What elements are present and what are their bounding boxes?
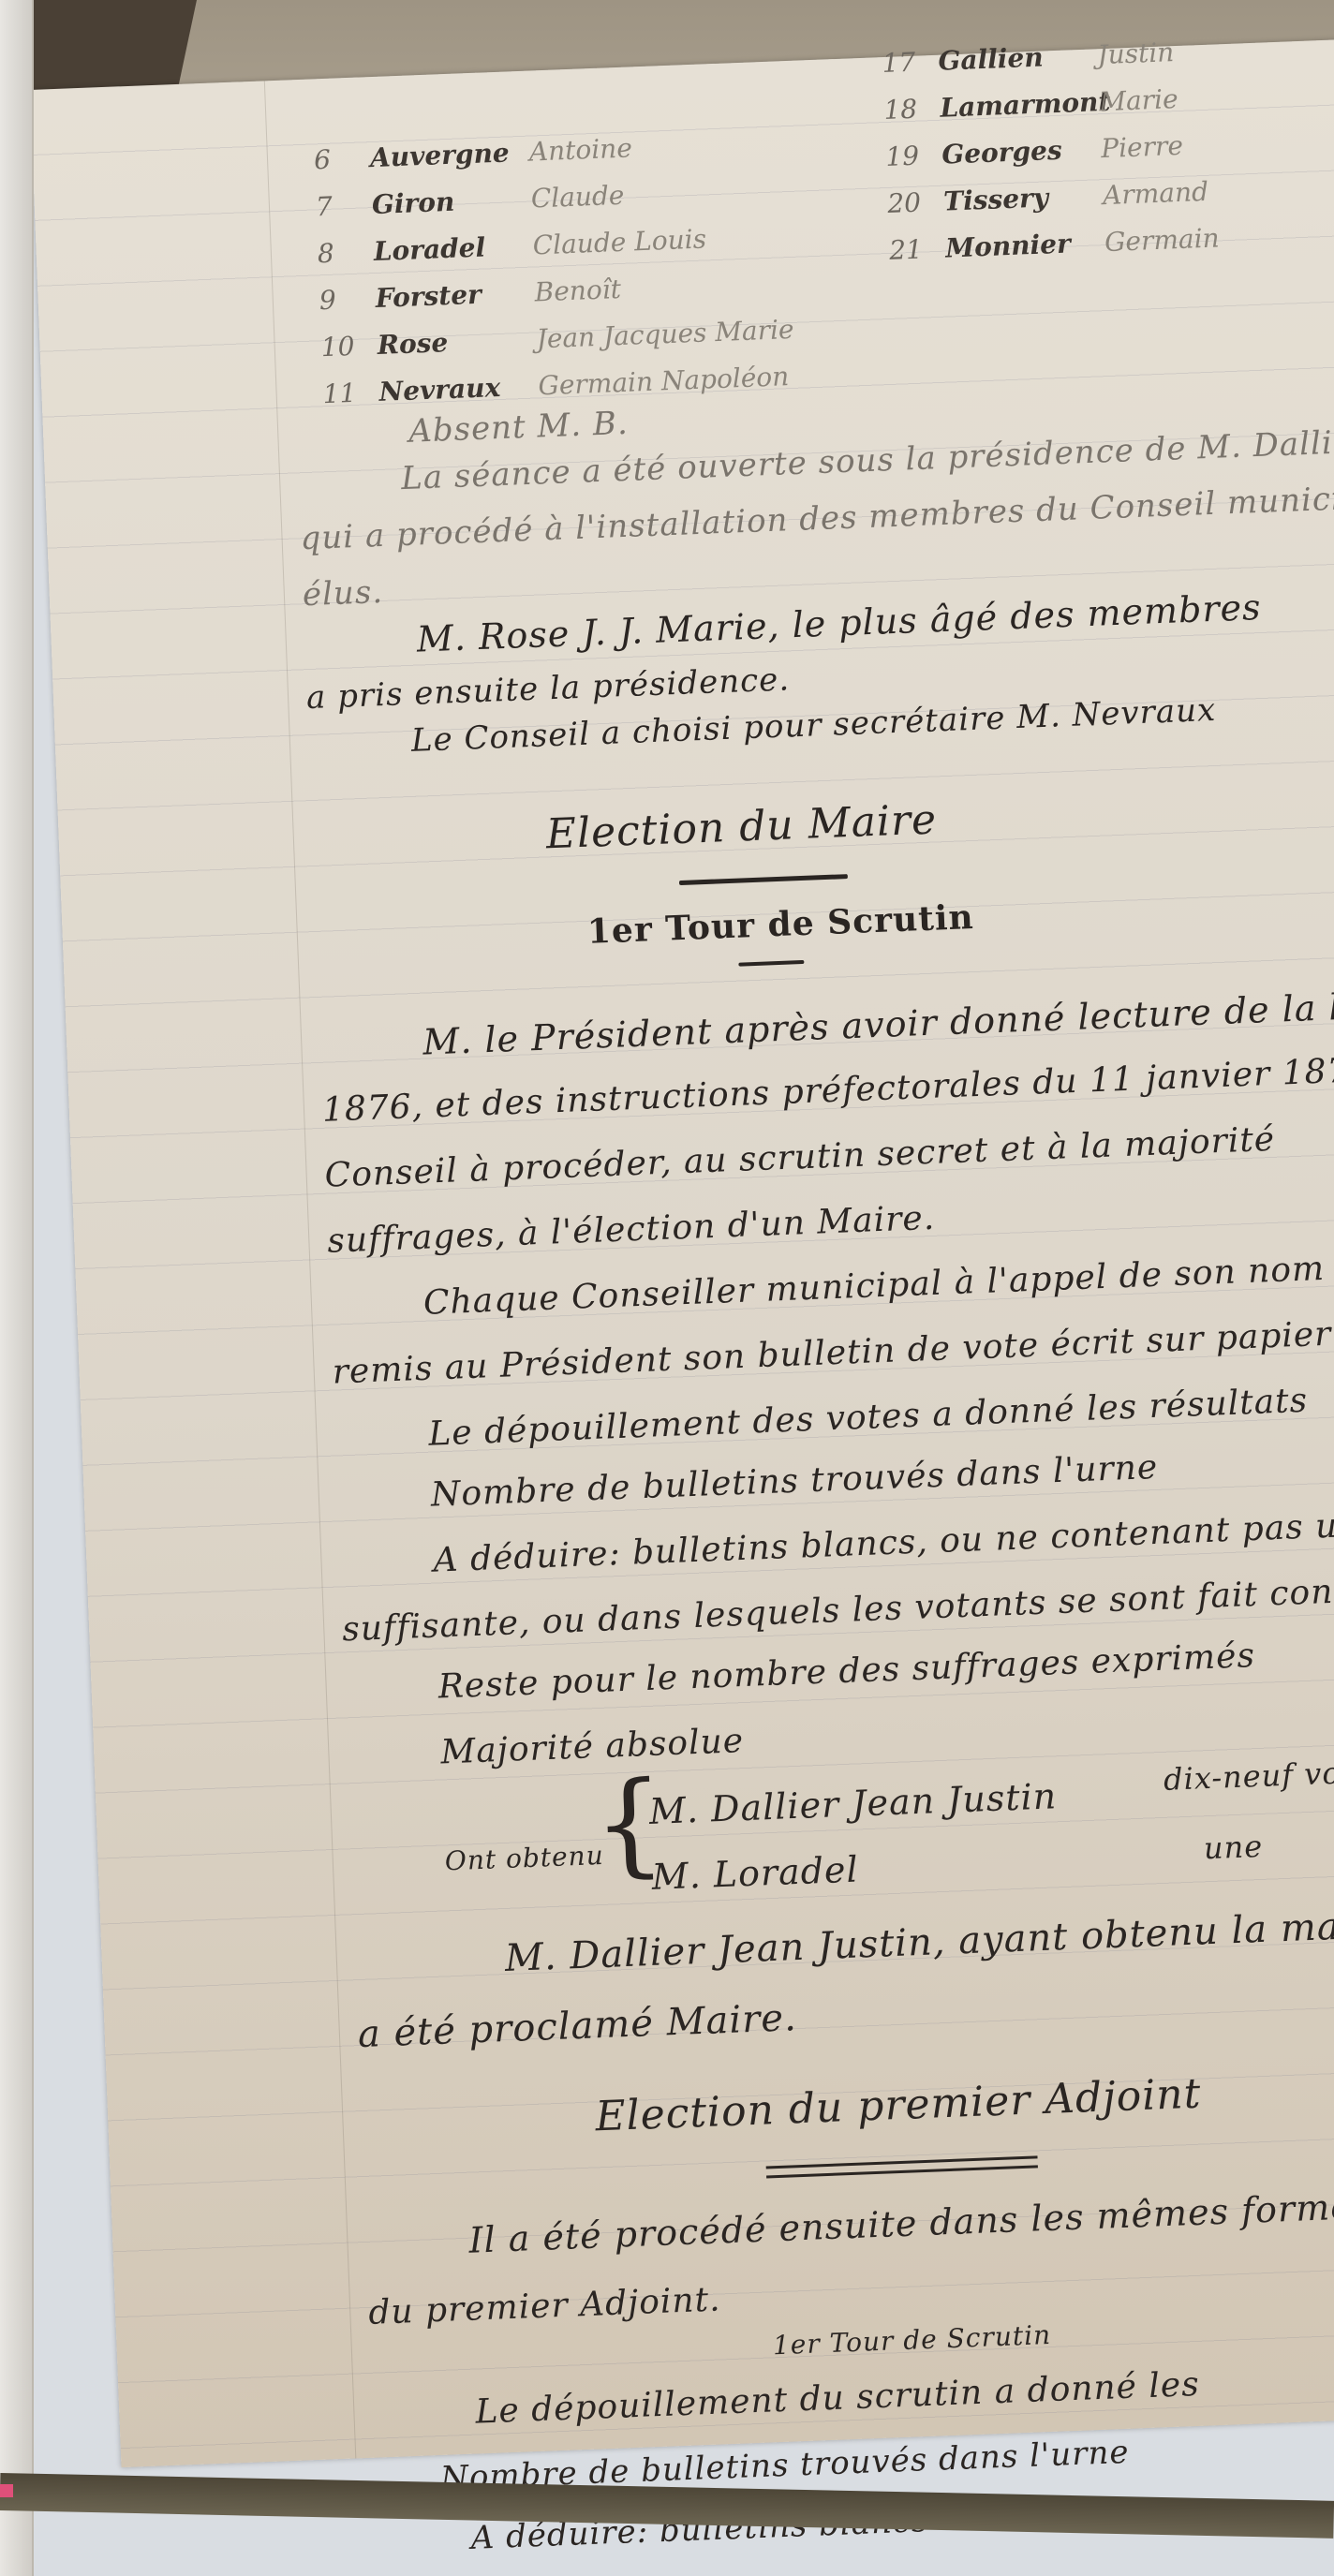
pink-marker	[0, 2484, 13, 2497]
member-number: 18	[883, 93, 941, 126]
member-number: 10	[320, 330, 378, 363]
member-surname: Lamarmont	[940, 86, 1100, 124]
member-surname: Monnier	[945, 227, 1105, 264]
obtained-label: Ont obtenu	[444, 1840, 604, 1876]
member-given-name: Benoît	[534, 274, 621, 308]
member-surname: Georges	[941, 133, 1102, 170]
member-number: 20	[887, 186, 944, 219]
register-page: 6AuvergneAntoine 7GironClaude 8LoradelCl…	[30, 36, 1334, 2467]
member-surname: Forster	[375, 276, 535, 314]
member-number: 9	[319, 283, 376, 316]
member-given-name: Justin	[1097, 37, 1175, 70]
member-given-name: Germain	[1104, 222, 1220, 258]
member-given-name: Claude	[530, 180, 625, 215]
previous-page-edge	[0, 0, 34, 2576]
member-given-name: Marie	[1099, 83, 1178, 117]
candidate-name: M. Loradel	[651, 1848, 859, 1897]
member-number: 17	[882, 46, 939, 79]
member-given-name: Armand	[1103, 176, 1209, 211]
member-surname: Auvergne	[369, 137, 529, 174]
member-number: 6	[313, 142, 370, 175]
member-surname: Rose	[377, 323, 537, 361]
member-number: 21	[889, 233, 946, 266]
candidate-votes: une	[1203, 1828, 1264, 1866]
member-number: 7	[315, 189, 372, 222]
member-number: 8	[317, 236, 374, 269]
member-surname: Gallien	[938, 39, 1098, 77]
member-number: 11	[322, 377, 379, 409]
member-surname: Loradel	[373, 230, 533, 268]
candidate-votes: dix-neuf voix	[1163, 1754, 1334, 1797]
preamble-line: élus.	[302, 573, 384, 614]
member-given-name: Antoine	[528, 132, 632, 167]
member-surname: Giron	[371, 184, 531, 221]
member-surname: Tissery	[943, 180, 1104, 217]
member-given-name: Pierre	[1101, 130, 1184, 164]
member-surname: Nevraux	[378, 370, 539, 407]
member-number: 19	[885, 140, 942, 172]
